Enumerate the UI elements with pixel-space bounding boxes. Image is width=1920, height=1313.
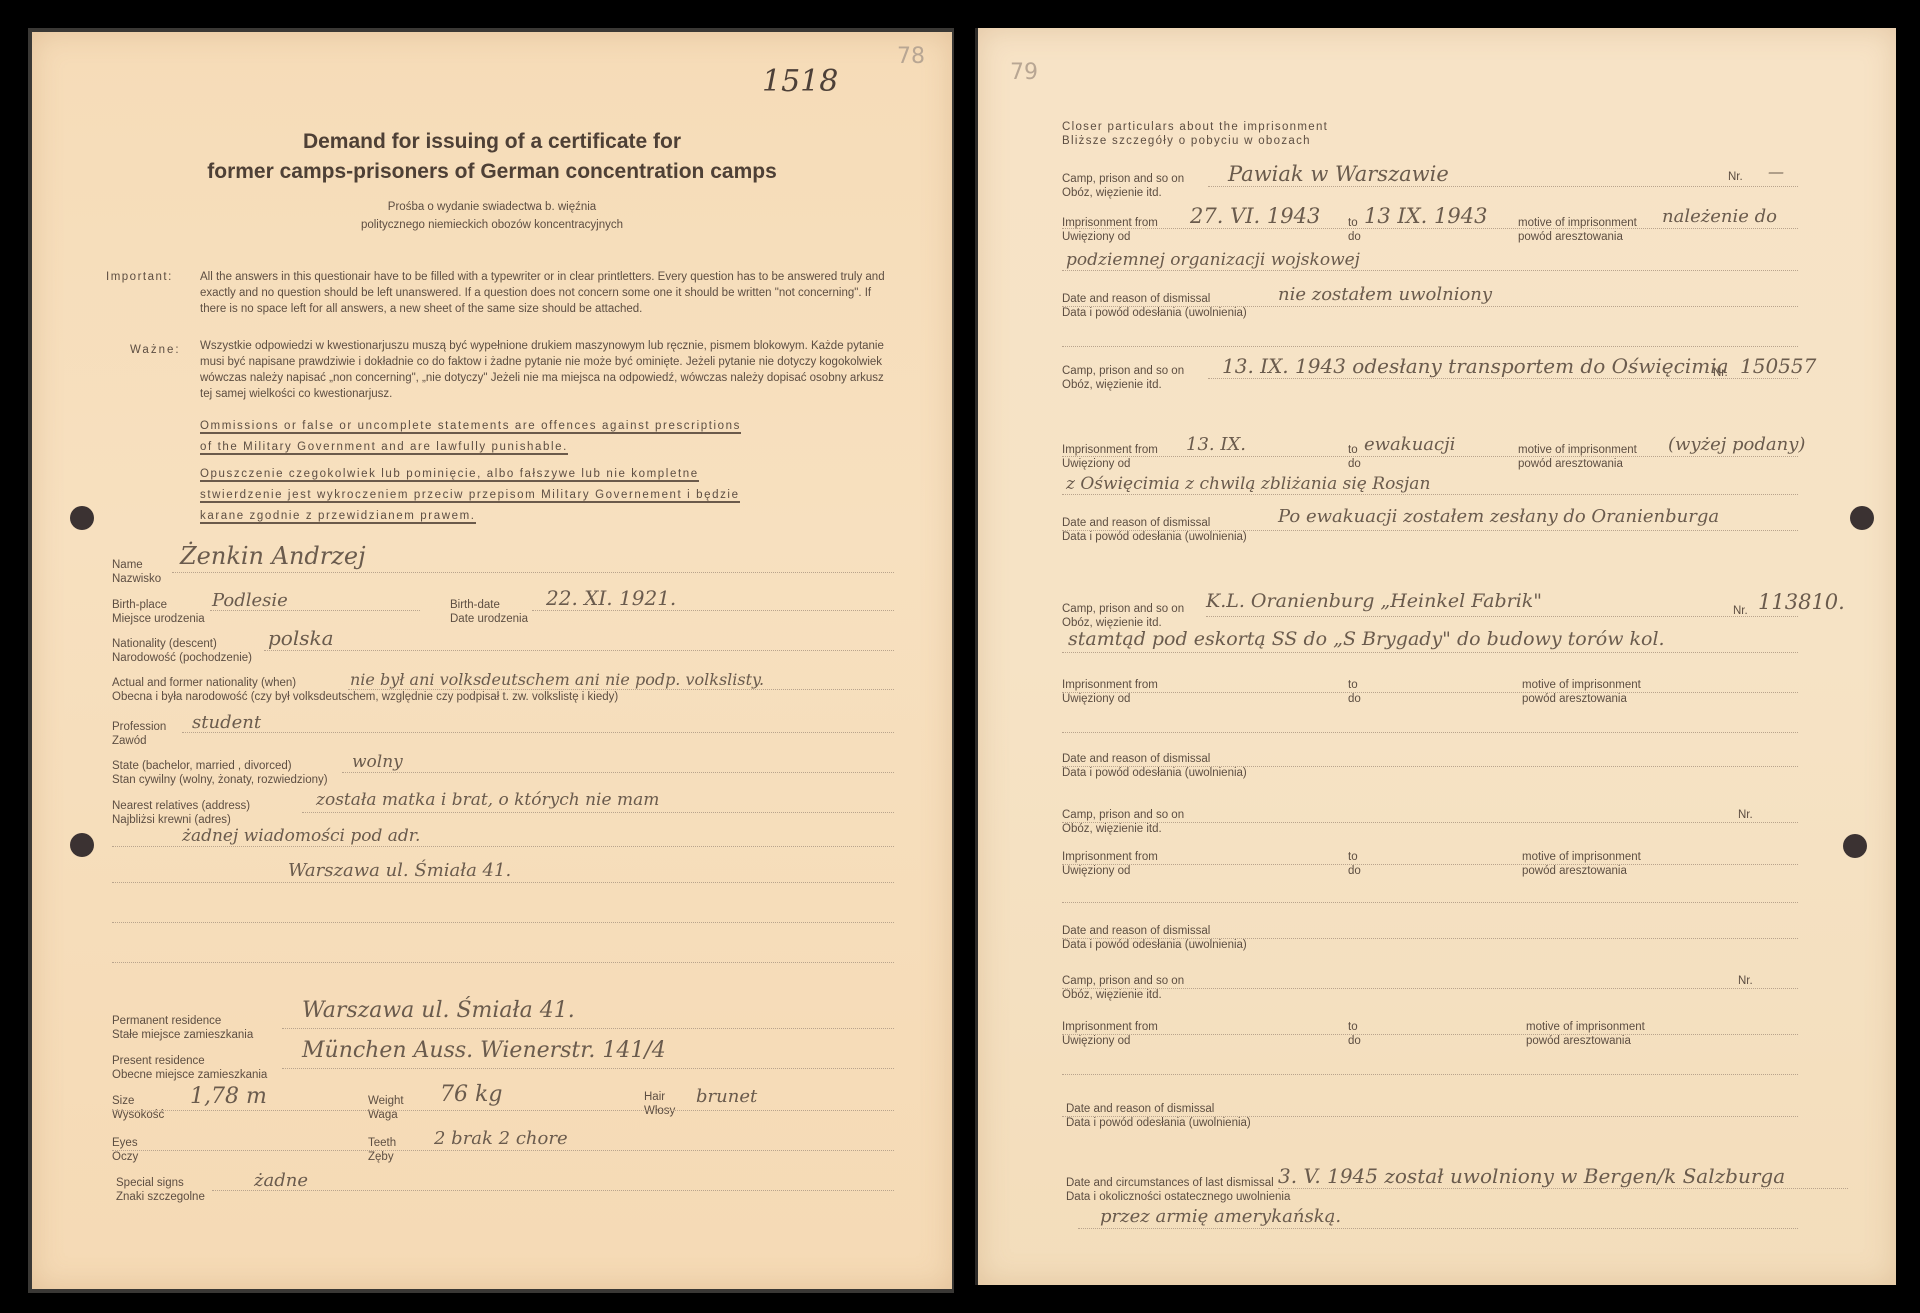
entry1-nr-value[interactable]: — <box>1768 162 1784 181</box>
entry2-motive-cont[interactable]: z Oświęcimia z chwilą zbliżania się Rosj… <box>1066 474 1430 494</box>
field-line <box>212 1190 894 1191</box>
entry1-dismissal-value[interactable]: nie zostałem uwolniony <box>1278 284 1492 305</box>
hair-label: HairWłosy <box>644 1090 675 1118</box>
section-heading: Closer particulars about the imprisonmen… <box>1062 120 1328 148</box>
field-line <box>1062 530 1798 531</box>
warning-pl-line1: Opuszczenie czegokolwiek lub pominięcie,… <box>200 468 699 482</box>
warning-en-line2: of the Military Government and are lawfu… <box>200 441 568 455</box>
field-line <box>532 610 894 611</box>
weight-label: WeightWaga <box>368 1094 404 1122</box>
field-line <box>1062 902 1798 903</box>
field-line <box>1208 186 1798 187</box>
entry1-to-value[interactable]: 13 IX. 1943 <box>1364 204 1487 228</box>
field-line <box>112 922 894 923</box>
state-label: State (bachelor, married , divorced)Stan… <box>112 759 328 787</box>
present-residence-label: Present residenceObecne miejsce zamieszk… <box>112 1054 267 1082</box>
field-line <box>1206 616 1798 617</box>
relatives-label: Nearest relatives (address)Najbliżsi kre… <box>112 799 250 827</box>
field-line <box>1062 822 1798 823</box>
actual-nationality-value[interactable]: nie był ani volksdeutschem ani nie podp.… <box>350 670 764 689</box>
permanent-residence-label: Permanent residenceStałe miejsce zamiesz… <box>112 1014 253 1042</box>
birth-date-label: Birth-dateDate urodzenia <box>450 598 528 626</box>
nr-label: Nr. <box>1728 170 1743 184</box>
entry2-to-value[interactable]: ewakuacji <box>1364 434 1455 455</box>
birth-place-value[interactable]: Podlesie <box>212 590 288 611</box>
entry2-dismissal-value[interactable]: Po ewakuacji zostałem zesłany do Oranien… <box>1278 506 1719 527</box>
punch-hole <box>1843 834 1867 858</box>
field-line <box>1208 378 1798 379</box>
page-number: 79 <box>1010 60 1038 85</box>
field-line <box>182 732 894 733</box>
warning-pl-line2: stwierdzenie jest wykroczeniem przeciw p… <box>200 489 740 503</box>
form-page-right: 79 Closer particulars about the imprison… <box>975 28 1896 1285</box>
entry3-camp-value[interactable]: K.L. Oranienburg „Heinkel Fabrik" <box>1206 590 1542 612</box>
relatives-value-line3[interactable]: Warszawa ul. Śmiała 41. <box>288 860 511 881</box>
field-line <box>1062 1034 1798 1035</box>
field-line <box>1062 346 1798 347</box>
last-dismissal-value-line2[interactable]: przez armię amerykańską. <box>1100 1206 1341 1227</box>
file-number: 1518 <box>762 64 838 99</box>
special-signs-value[interactable]: żadne <box>254 1170 308 1191</box>
camp-label: Camp, prison and so onObóz, więzienie it… <box>1062 172 1184 200</box>
field-line <box>1062 228 1798 229</box>
profession-value[interactable]: student <box>192 712 261 733</box>
important-label: Important: <box>106 269 173 285</box>
warning-pl-line3: karane zgodnie z przewidzianem prawem. <box>200 510 476 524</box>
field-line <box>1062 988 1798 989</box>
field-line <box>112 1150 894 1151</box>
teeth-value[interactable]: 2 brak 2 chore <box>434 1128 568 1149</box>
punch-hole <box>70 833 94 857</box>
name-label: NameNazwisko <box>112 558 161 586</box>
field-line <box>1062 938 1798 939</box>
form-page-left: 78 1518 Demand for issuing of a certific… <box>28 28 954 1293</box>
wazne-label: Ważne: <box>130 342 181 358</box>
field-line <box>264 650 894 651</box>
name-value[interactable]: Żenkin Andrzej <box>180 542 366 570</box>
field-line <box>348 689 894 690</box>
form-title-line2: former camps-prisoners of German concent… <box>32 160 952 184</box>
important-text: All the answers in this questionair have… <box>200 269 890 317</box>
entry1-from-value[interactable]: 27. VI. 1943 <box>1190 204 1320 228</box>
field-line <box>1062 270 1798 271</box>
field-line <box>1062 766 1798 767</box>
field-line <box>1062 306 1798 307</box>
field-line <box>1062 864 1798 865</box>
field-line <box>1062 1116 1798 1117</box>
camp-label: Camp, prison and so onObóz, więzienie it… <box>1062 602 1184 630</box>
entry2-nr-value[interactable]: 150557 <box>1740 354 1816 378</box>
field-line <box>210 610 420 611</box>
field-line <box>342 772 894 773</box>
field-line <box>282 1068 894 1069</box>
from-label: Imprisonment fromUwięziony od <box>1062 216 1158 244</box>
field-line <box>1078 1228 1798 1229</box>
present-residence-value[interactable]: München Auss. Wienerstr. 141/4 <box>302 1038 666 1063</box>
entry1-motive-value[interactable]: należenie do <box>1662 206 1777 227</box>
hair-value[interactable]: brunet <box>696 1086 757 1107</box>
entry3-camp-cont[interactable]: stamtąd pod eskortą SS do „S Brygady" do… <box>1068 628 1665 650</box>
warning-en-line1: Ommissions or false or uncomplete statem… <box>200 420 741 434</box>
form-subtitle-line1: Prośba o wydanie swiadectwa b. więźnia <box>32 201 952 213</box>
field-line <box>1062 456 1798 457</box>
punch-hole <box>70 506 94 530</box>
to-label: todo <box>1348 443 1361 471</box>
field-line <box>1062 652 1798 653</box>
field-line <box>112 882 894 883</box>
birth-place-label: Birth-placeMiejsce urodzenia <box>112 598 205 626</box>
field-line <box>1062 732 1798 733</box>
punch-hole <box>1850 506 1874 530</box>
permanent-residence-value[interactable]: Warszawa ul. Śmiała 41. <box>302 998 575 1023</box>
motive-label: motive of imprisonmentpowód aresztowania <box>1518 443 1637 471</box>
entry2-from-value[interactable]: 13. IX. <box>1186 434 1246 455</box>
field-line <box>112 846 894 847</box>
field-line <box>1278 1188 1848 1189</box>
motive-label: motive of imprisonmentpowód aresztowania <box>1518 216 1637 244</box>
birth-date-value[interactable]: 22. XI. 1921. <box>546 586 676 610</box>
field-line <box>302 812 894 813</box>
field-line <box>112 962 894 963</box>
wazne-text: Wszystkie odpowiedzi w kwestionarjuszu m… <box>200 338 890 402</box>
relatives-value-line2[interactable]: żadnej wiadomości pod adr. <box>182 826 420 846</box>
nationality-value[interactable]: polska <box>268 626 334 650</box>
profession-label: ProfessionZawód <box>112 720 166 748</box>
last-dismissal-value-line1[interactable]: 3. V. 1945 został uwolniony w Bergen/k S… <box>1278 1164 1785 1188</box>
from-label: Imprisonment fromUwięziony od <box>1062 443 1158 471</box>
field-line <box>282 1028 894 1029</box>
special-signs-label: Special signsZnaki szczegolne <box>116 1176 205 1204</box>
field-line <box>112 1110 894 1111</box>
size-label: SizeWysokość <box>112 1094 164 1122</box>
entry1-camp-value[interactable]: Pawiak w Warszawie <box>1228 162 1449 186</box>
field-line <box>1062 692 1798 693</box>
form-subtitle-line2: politycznego niemieckich obozów koncentr… <box>32 219 952 231</box>
entry1-motive-cont[interactable]: podziemnej organizacji wojskowej <box>1066 250 1360 270</box>
to-label: todo <box>1348 216 1361 244</box>
entry2-motive-value[interactable]: (wyżej podany) <box>1668 434 1805 455</box>
camp-label: Camp, prison and so onObóz, więzienie it… <box>1062 364 1184 392</box>
nationality-label: Nationality (descent)Narodowość (pochodz… <box>112 637 252 665</box>
size-value[interactable]: 1,78 m <box>190 1084 267 1109</box>
form-title-line1: Demand for issuing of a certificate for <box>32 130 952 154</box>
entry2-camp-value[interactable]: 13. IX. 1943 odesłany transportem do Ośw… <box>1222 354 1729 378</box>
weight-value[interactable]: 76 kg <box>440 1082 502 1107</box>
field-line <box>172 572 894 573</box>
warning-pl: Opuszczenie czegokolwiek lub pominięcie,… <box>200 464 740 527</box>
nr-label: Nr. <box>1738 974 1753 988</box>
entry3-nr-value[interactable]: 113810. <box>1758 590 1845 614</box>
field-line <box>1062 1074 1798 1075</box>
state-value[interactable]: wolny <box>352 752 403 772</box>
page-number: 78 <box>897 44 925 69</box>
relatives-value-line1[interactable]: została matka i brat, o których nie mam <box>316 790 659 810</box>
nr-label: Nr. <box>1738 808 1753 822</box>
field-line <box>1062 494 1798 495</box>
warning-en: Ommissions or false or uncomplete statem… <box>200 416 741 458</box>
last-dismissal-label: Date and circumstances of last dismissal… <box>1066 1176 1290 1204</box>
